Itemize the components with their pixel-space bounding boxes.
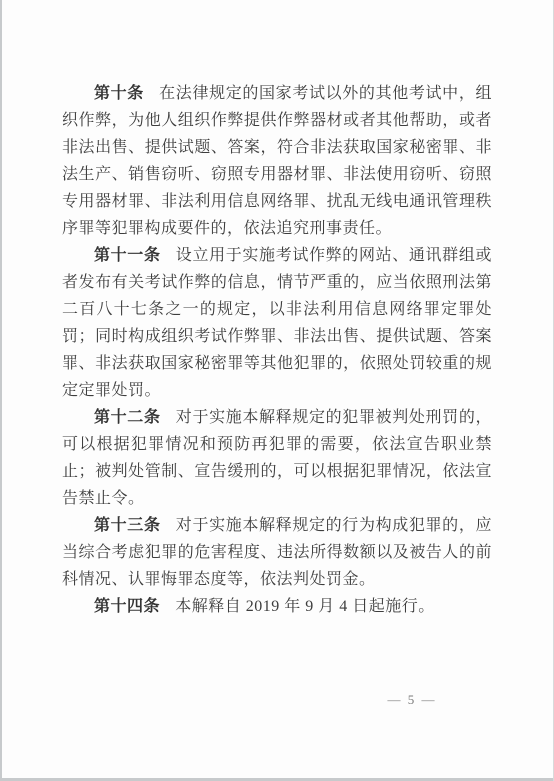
article-12-paragraph: 第十二条对于实施本解释规定的犯罪被判处刑罚的，可以根据犯罪情况和预防再犯罪的需要…	[62, 404, 492, 512]
article-12-number: 第十二条	[94, 409, 161, 426]
scan-edge-left	[0, 0, 2, 781]
article-11-number: 第十一条	[94, 247, 161, 264]
article-11-text: 设立用于实施考试作弊的网站、通讯群组或者发布有关考试作弊的信息，情节严重的，应当…	[62, 247, 492, 399]
article-11-paragraph: 第十一条设立用于实施考试作弊的网站、通讯群组或者发布有关考试作弊的信息，情节严重…	[62, 242, 492, 404]
document-body: 第十条在法律规定的国家考试以外的其他考试中，组织作弊，为他人组织作弊提供作弊器材…	[62, 80, 492, 620]
article-13-number: 第十三条	[94, 517, 161, 534]
article-10-number: 第十条	[94, 85, 144, 102]
article-14-text: 本解释自 2019 年 9 月 4 日起施行。	[175, 598, 435, 615]
article-14-paragraph: 第十四条本解释自 2019 年 9 月 4 日起施行。	[62, 593, 492, 620]
article-13-paragraph: 第十三条对于实施本解释规定的行为构成犯罪的，应当综合考虑犯罪的危害程度、违法所得…	[62, 512, 492, 593]
scanned-document-page: 第十条在法律规定的国家考试以外的其他考试中，组织作弊，为他人组织作弊提供作弊器材…	[0, 0, 554, 781]
page-number: — 5 —	[372, 692, 452, 708]
article-14-number: 第十四条	[94, 598, 160, 615]
article-10-text: 在法律规定的国家考试以外的其他考试中，组织作弊，为他人组织作弊提供作弊器材或者其…	[62, 85, 492, 237]
article-10-paragraph: 第十条在法律规定的国家考试以外的其他考试中，组织作弊，为他人组织作弊提供作弊器材…	[62, 80, 492, 242]
